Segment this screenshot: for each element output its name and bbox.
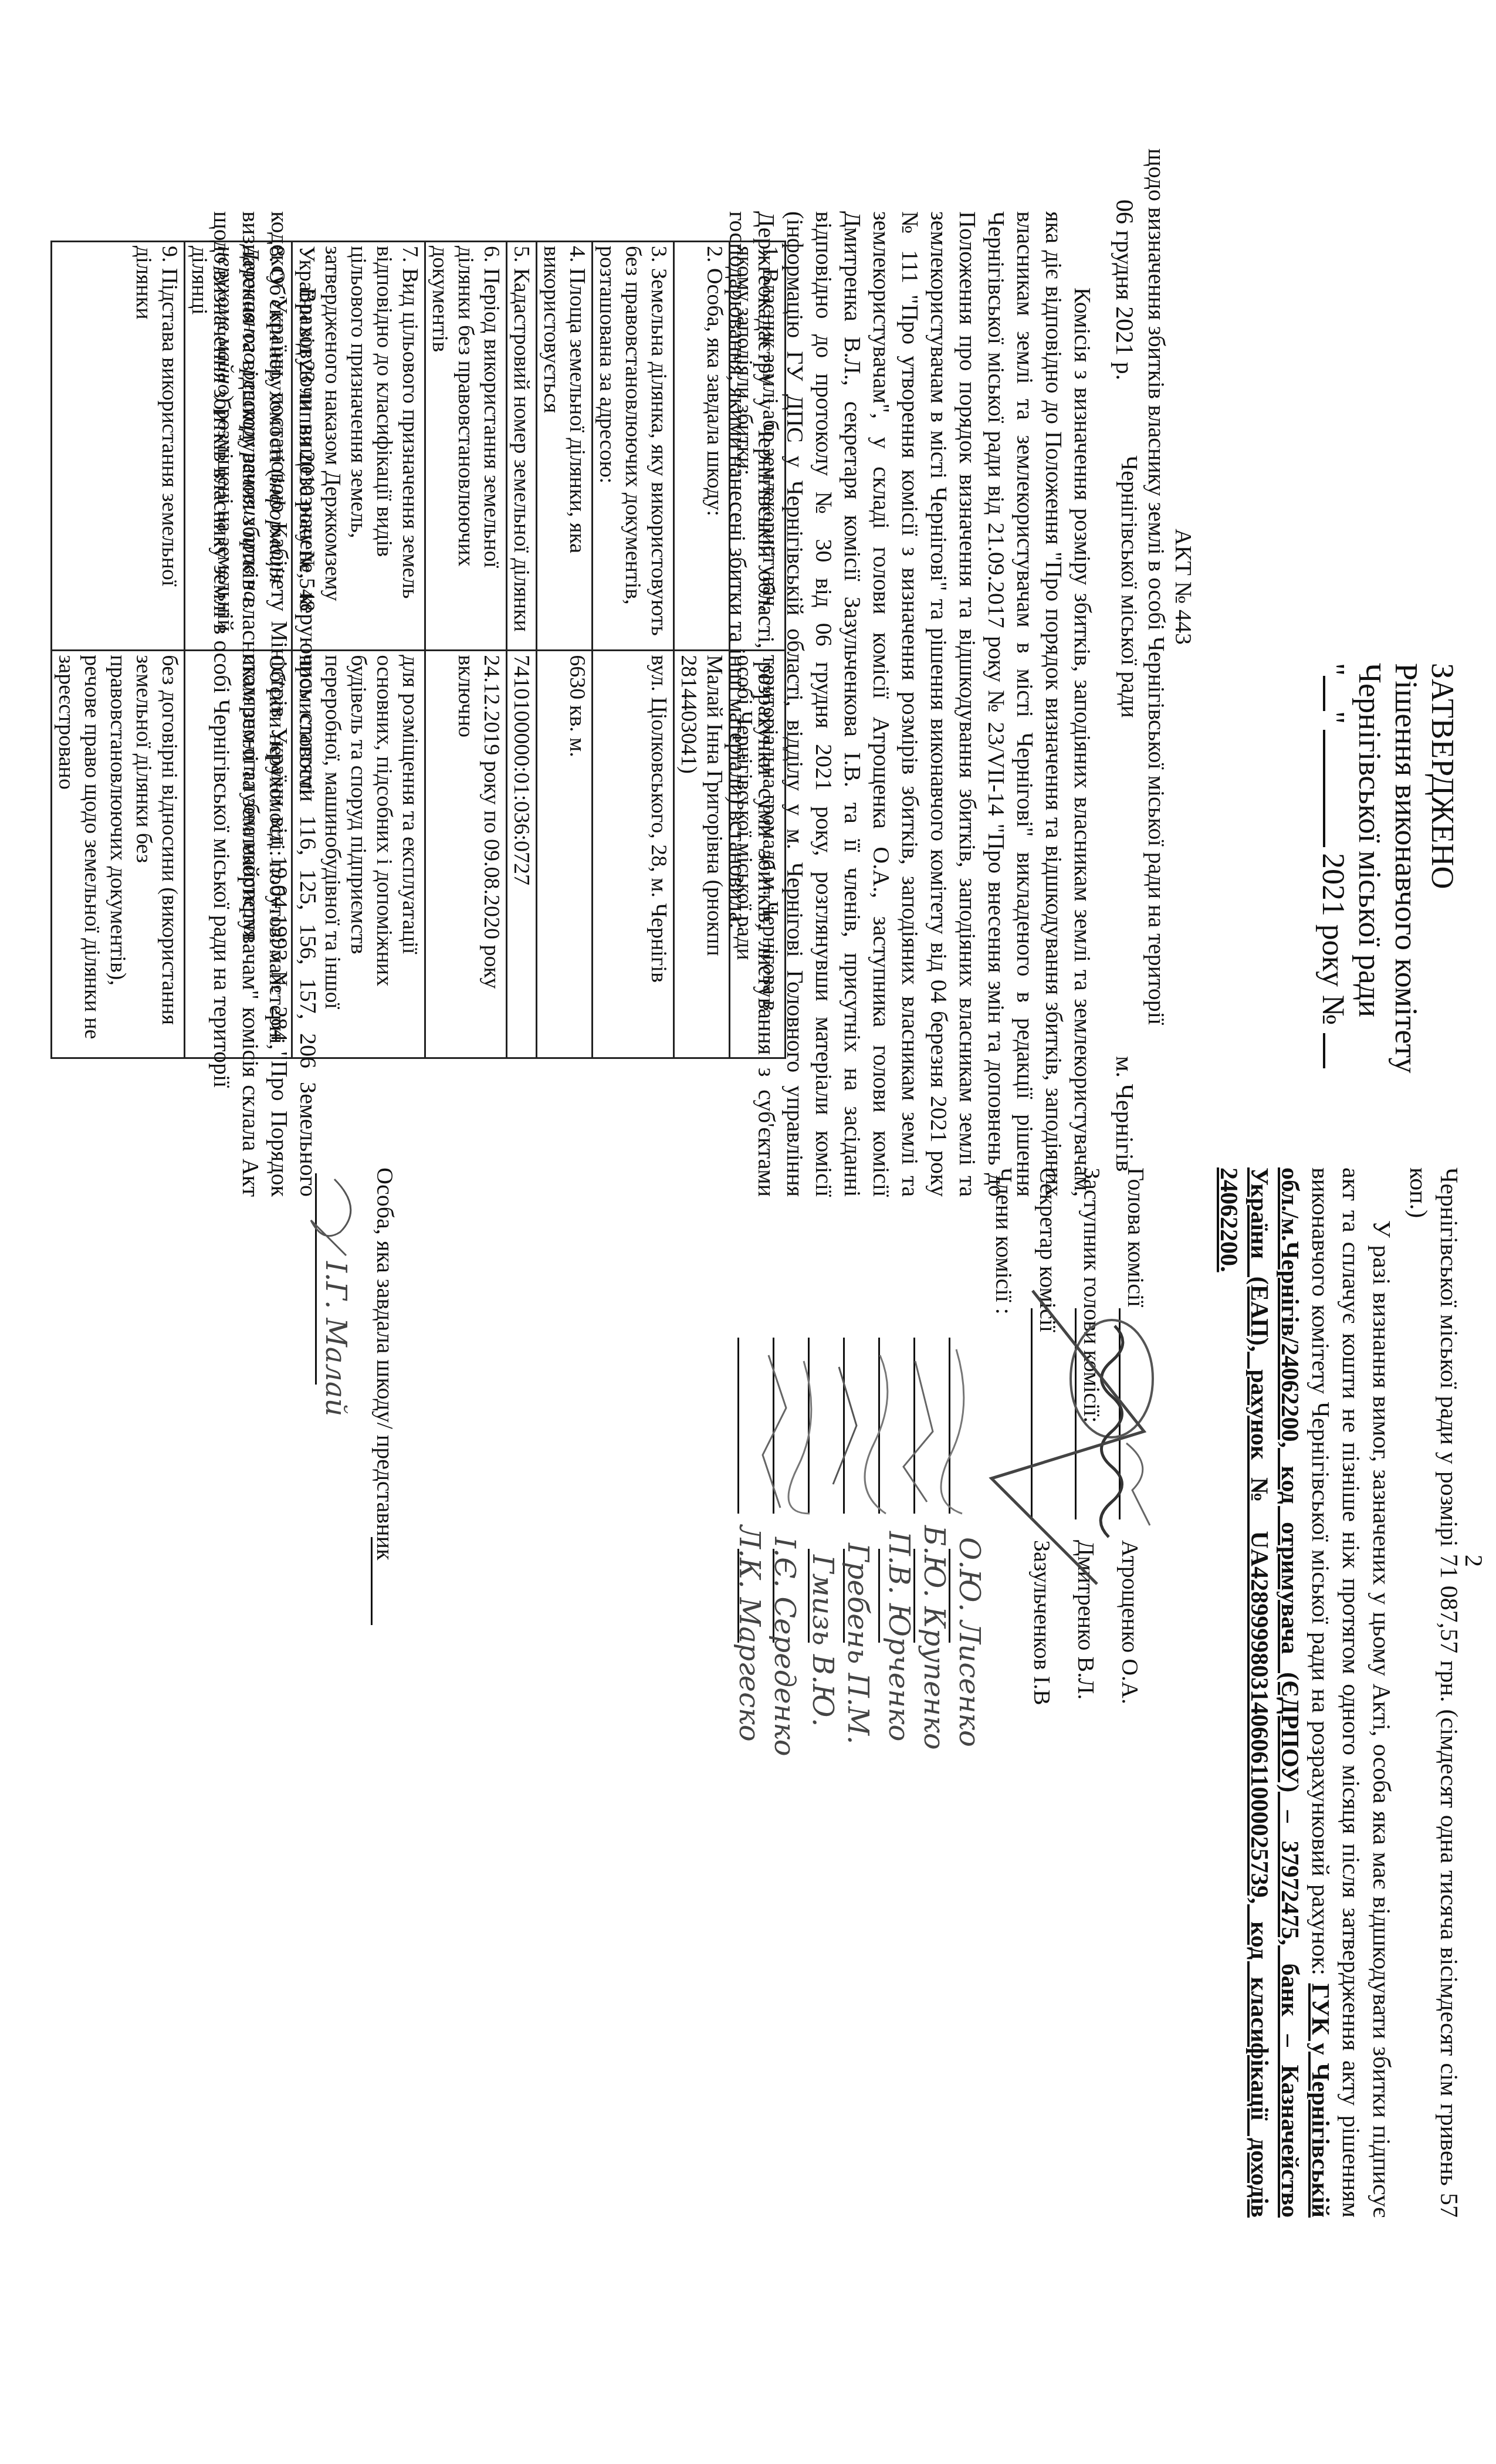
- member-signature: Гребень П.М.: [841, 1543, 874, 1744]
- signature-scrawl-icon: [974, 1255, 1167, 1607]
- amount-paragraph: Чернігівської міської ради у розмірі 71 …: [1403, 1167, 1464, 2218]
- member-signature: Гмизь В.Ю.: [806, 1555, 839, 1727]
- member-signature: І.Є. Середенко: [768, 1537, 801, 1756]
- member-signature: Б.Ю. Крупенко: [918, 1525, 950, 1750]
- offender-signature: І.Г. Малай: [319, 1261, 352, 1416]
- page-2: 2 Чернігівської міської ради у розмірі 7…: [0, 0, 1496, 2464]
- member-signature: П.В. Юрченко: [882, 1531, 915, 1741]
- member-scrawls-icon: [727, 1338, 980, 1525]
- signature-line: [371, 1537, 373, 1625]
- offender-label: Особа, яка завдала шкоду/ представник: [371, 1167, 399, 1560]
- offender-scrawl-icon: [299, 1173, 370, 1267]
- document-spread: ЗАТВЕРДЖЕНО Рішення виконавчого комітету…: [0, 0, 1496, 2464]
- member-signature: Л.К. Маргеско: [733, 1525, 766, 1742]
- member-signature: О.Ю. Лисенко: [953, 1537, 986, 1747]
- payment-paragraph: У разі визнання вимог, зазначених у цьом…: [1213, 1167, 1396, 2218]
